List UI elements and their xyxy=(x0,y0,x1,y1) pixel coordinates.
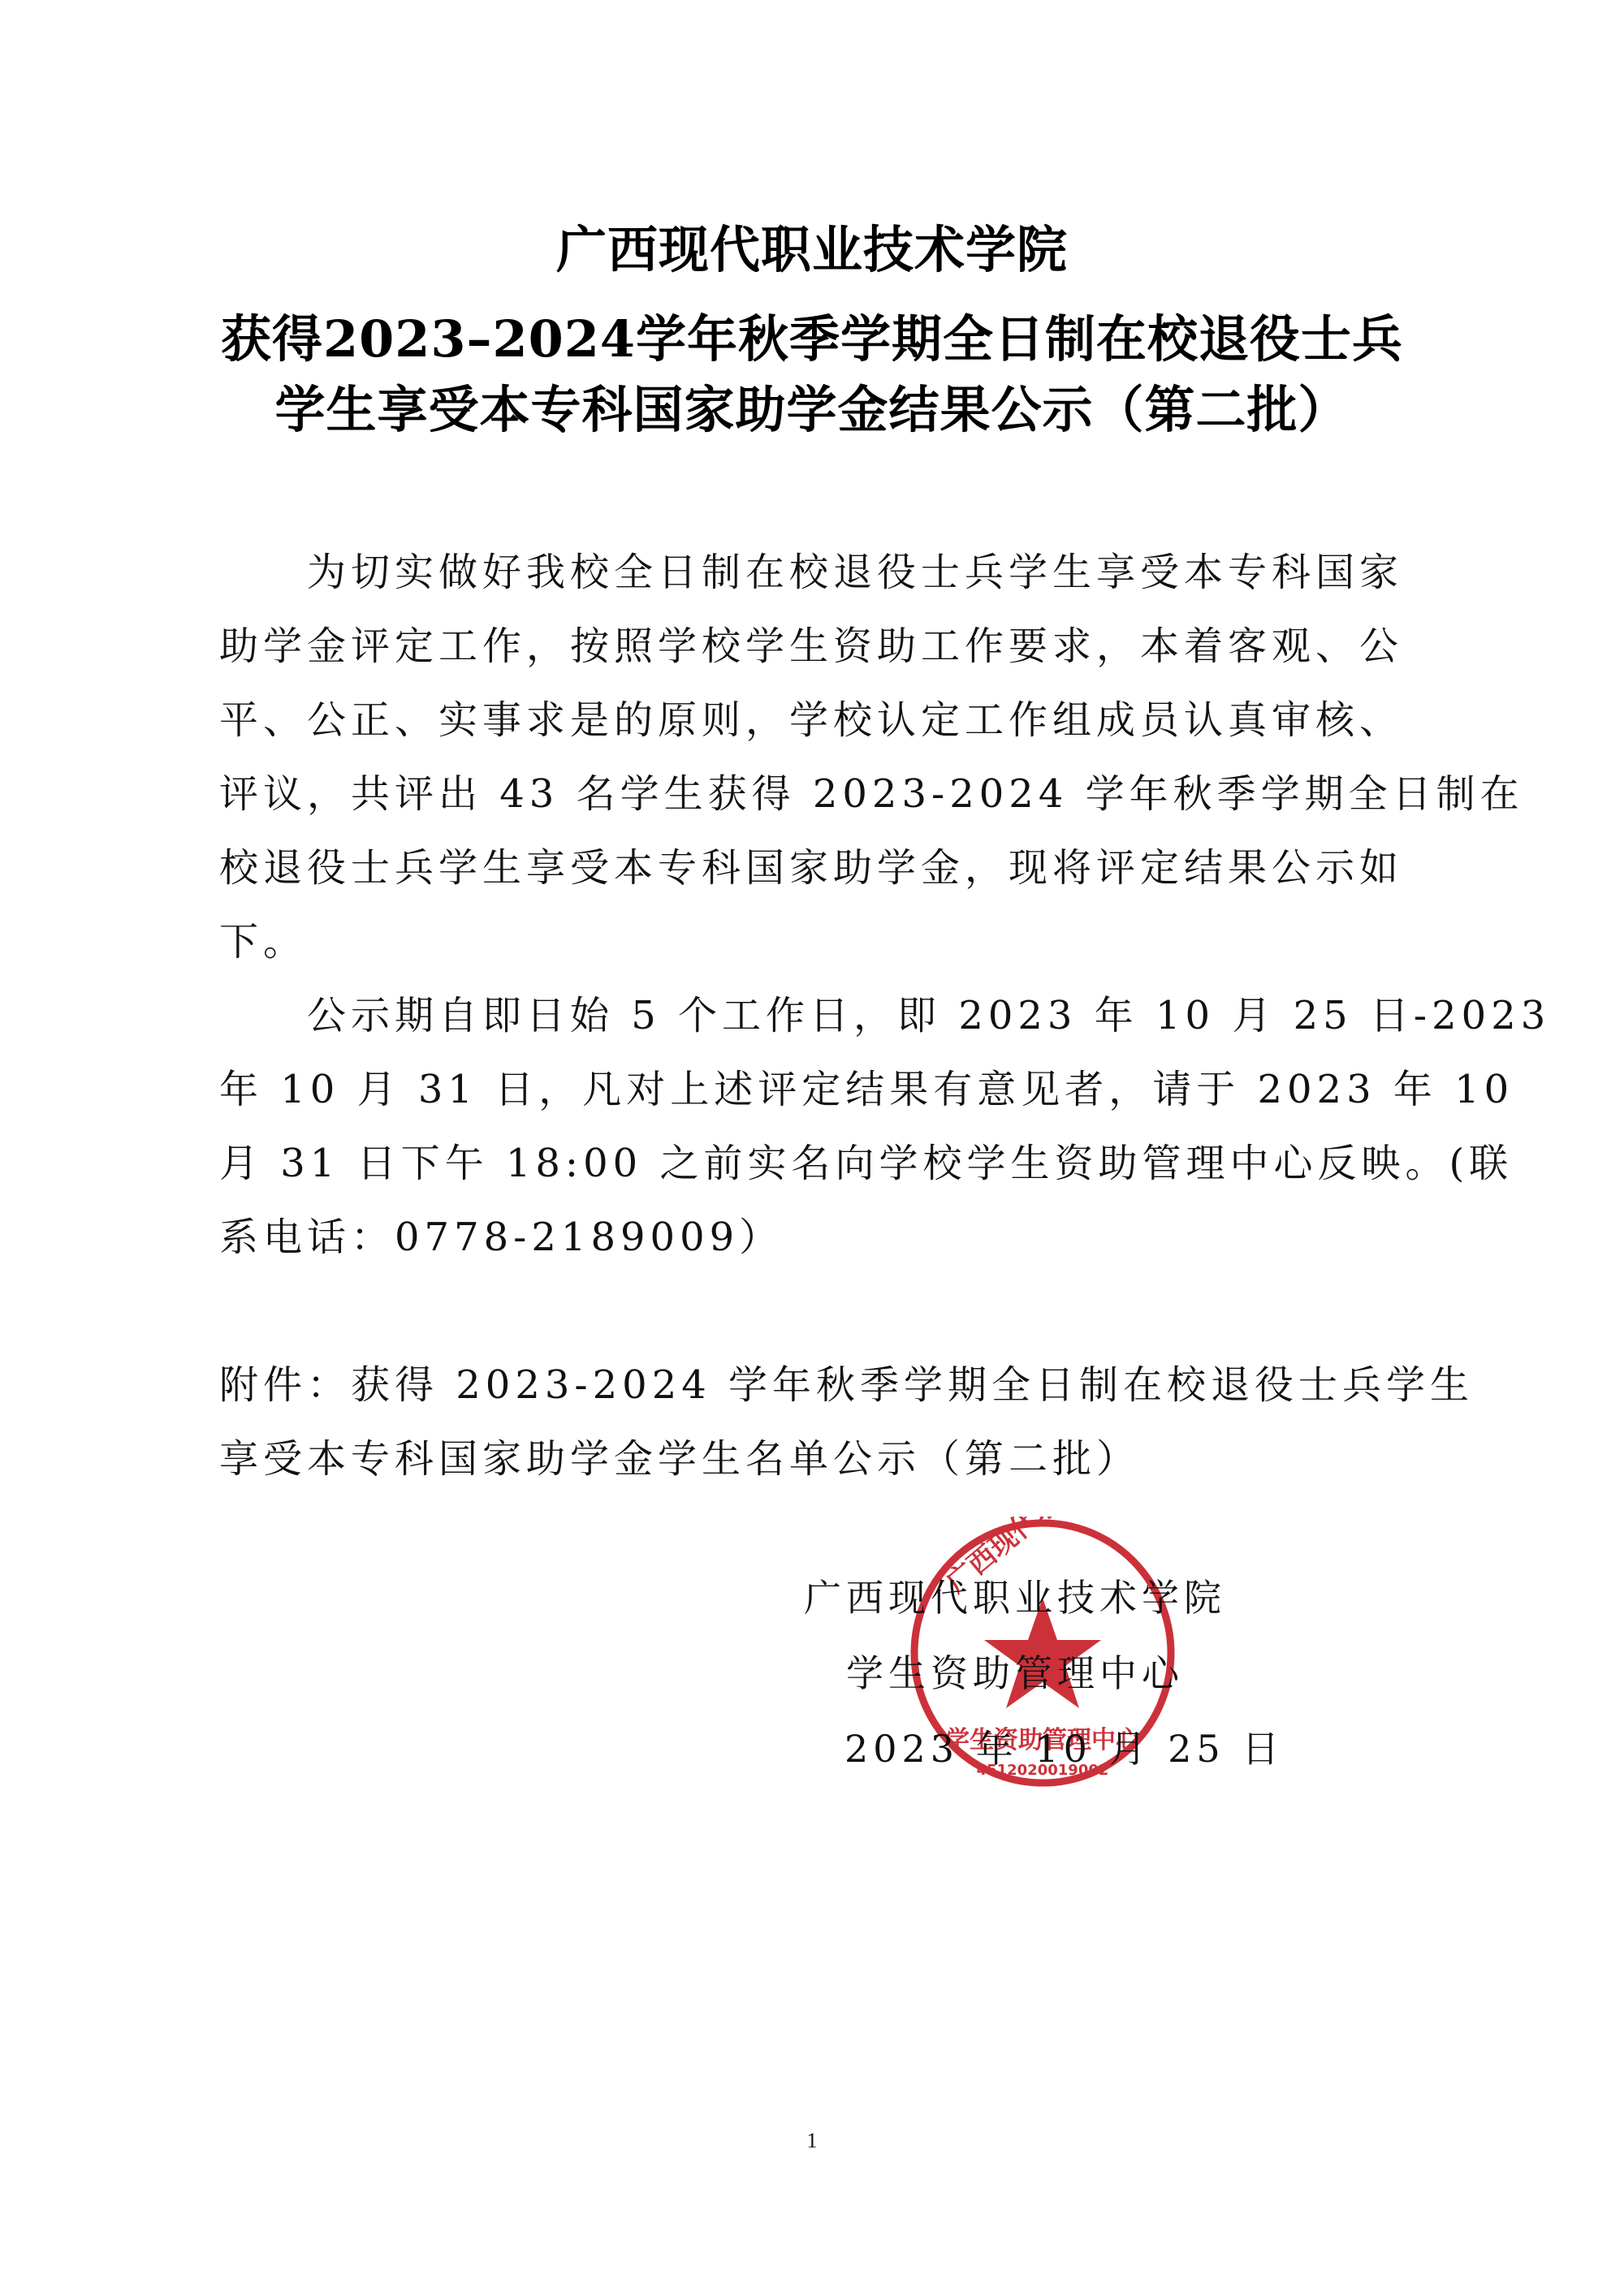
paragraph-2-line: 系电话：0778-2189009） xyxy=(219,1206,1413,1262)
paragraph-1-line: 评议，共评出 43 名学生获得 2023-2024 学年秋季学期全日制在 xyxy=(219,762,1413,818)
paragraph-1-line: 平、公正、实事求是的原则，学校认定工作组成员认真审核、 xyxy=(219,688,1413,744)
paragraph-2-line: 年 10 月 31 日，凡对上述评定结果有意见者，请于 2023 年 10 xyxy=(219,1058,1413,1114)
paragraph-2-line: 公示期自即日始 5 个工作日，即 2023 年 10 月 25 日-2023 xyxy=(219,984,1413,1040)
title-line-2: 获得2023–2024学年秋季学期全日制在校退役士兵 xyxy=(0,299,1624,371)
attachment-line: 享受本专科国家助学金学生名单公示（第二批） xyxy=(219,1427,1413,1483)
signature-date: 2023 年 10 月 25 日 xyxy=(844,1720,1284,1773)
title-line-3: 学生享受本专科国家助学金结果公示（第二批） xyxy=(0,369,1624,442)
paragraph-1-line: 校退役士兵学生享受本专科国家助学金，现将评定结果公示如 xyxy=(219,836,1413,892)
page-number: 1 xyxy=(0,2129,1624,2153)
signature-dept: 学生资助管理中心 xyxy=(846,1644,1184,1698)
paragraph-1-line: 为切实做好我校全日制在校退役士兵学生享受本专科国家 xyxy=(219,541,1413,597)
signature-org: 广西现代职业技术学院 xyxy=(804,1569,1226,1622)
paragraph-2-line: 月 31 日下午 18:00 之前实名向学校学生资助管理中心反映。(联 xyxy=(219,1132,1413,1188)
paragraph-1-line: 助学金评定工作，按照学校学生资助工作要求，本着客观、公 xyxy=(219,615,1413,671)
title-line-1: 广西现代职业技术学院 xyxy=(0,209,1624,282)
document-page: 广西现代职业技术学院 获得2023–2024学年秋季学期全日制在校退役士兵 学生… xyxy=(0,0,1624,2296)
paragraph-1-line: 下。 xyxy=(219,910,1413,966)
attachment-line: 附件：获得 2023-2024 学年秋季学期全日制在校退役士兵学生 xyxy=(219,1353,1413,1409)
